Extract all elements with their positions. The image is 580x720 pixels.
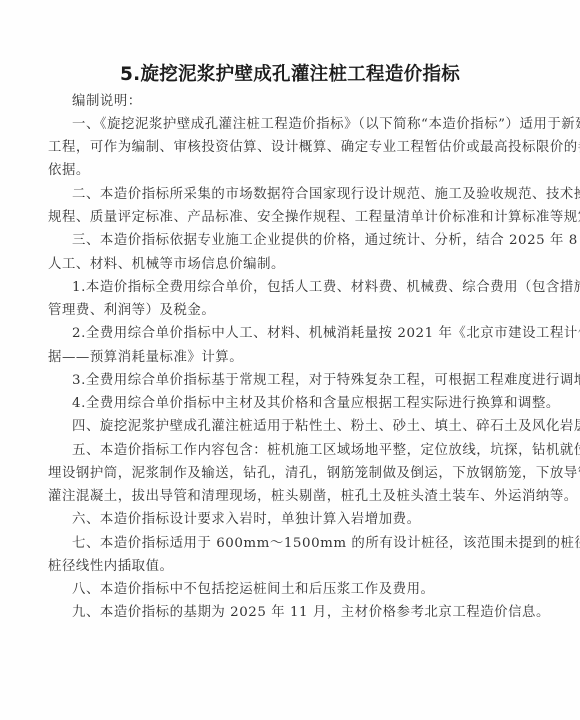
paragraph-5-line-2: 埋设钢护筒，泥浆制作及输送，钻孔，清孔，钢筋笼制做及倒运，下放钢筋笼，下放导管， [48, 466, 508, 482]
paragraph-7-line-2: 桩径线性内插取值。 [48, 559, 508, 575]
item-1-line-1: 1.本造价指标全费用综合单价，包括人工费、材料费、机械费、综合费用（包含措施费、 [72, 280, 532, 296]
paragraph-5-line-1: 五、本造价指标工作内容包含：桩机施工区域场地平整，定位放线，坑探，钻机就位， [72, 443, 532, 459]
paragraph-1-line-3: 依据。 [48, 163, 508, 179]
paragraph-2-line-1: 二、本造价指标所采集的市场数据符合国家现行设计规范、施工及验收规范、技术操作 [72, 187, 532, 203]
paragraph-3-line-2: 人工、材料、机械等市场信息价编制。 [48, 257, 508, 273]
paragraph-2-line-2: 规程、质量评定标准、产品标准、安全操作规程、工程量清单计价标准和计算标准等规定。 [48, 210, 508, 226]
document-title: 5.旋挖泥浆护壁成孔灌注桩工程造价指标 [0, 60, 580, 86]
paragraph-1-line-2: 工程，可作为编制、审核投资估算、设计概算、确定专业工程暂估价或最高投标限价的参考 [48, 140, 508, 156]
paragraph-3-line-1: 三、本造价指标依据专业施工企业提供的价格，通过统计、分析，结合 2025 年 8… [72, 233, 532, 249]
section-heading: 编制说明： [72, 94, 532, 110]
item-4: 4.全费用综合单价指标中主材及其价格和含量应根据工程实际进行换算和调整。 [72, 396, 532, 412]
paragraph-5-line-3: 灌注混凝土，拔出导管和清理现场，桩头剔凿，桩孔土及桩头渣土装车、外运消纳等。 [48, 489, 508, 505]
item-2-line-2: 据——预算消耗量标准》计算。 [48, 350, 508, 366]
paragraph-8: 八、本造价指标中不包括挖运桩间土和后压浆工作及费用。 [72, 582, 532, 598]
item-2-line-1: 2.全费用综合单价指标中人工、材料、机械消耗量按 2021 年《北京市建设工程计… [72, 326, 532, 342]
document-page: 5.旋挖泥浆护壁成孔灌注桩工程造价指标 编制说明： 一、《旋挖泥浆护壁成孔灌注桩… [0, 0, 580, 720]
paragraph-6: 六、本造价指标设计要求入岩时，单独计算入岩增加费。 [72, 512, 532, 528]
paragraph-4: 四、旋挖泥浆护壁成孔灌注桩适用于粘性土、粉土、砂土、填土、碎石土及风化岩层。 [72, 419, 532, 435]
paragraph-9: 九、本造价指标的基期为 2025 年 11 月，主材价格参考北京工程造价信息。 [72, 605, 532, 621]
item-3: 3.全费用综合单价指标基于常规工程，对于特殊复杂工程，可根据工程难度进行调增。 [72, 373, 532, 389]
paragraph-7-line-1: 七、本造价指标适用于 600mm～1500mm 的所有设计桩径，该范围未提到的桩… [72, 536, 532, 552]
paragraph-1-line-1: 一、《旋挖泥浆护壁成孔灌注桩工程造价指标》（以下简称“本造价指标”）适用于新建 [72, 117, 532, 133]
item-1-line-2: 管理费、利润等）及税金。 [48, 303, 508, 319]
